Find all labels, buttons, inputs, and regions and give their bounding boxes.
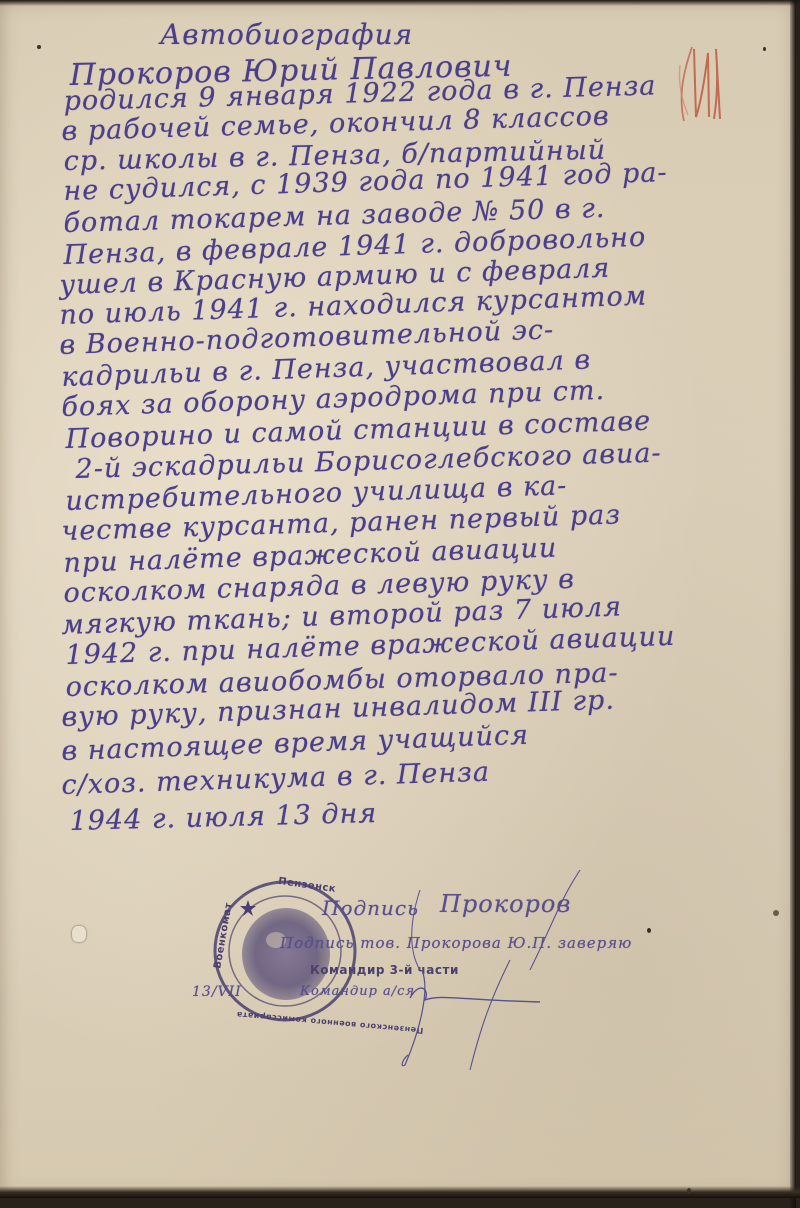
paper-speck: [37, 45, 41, 49]
certification-line-3: Командир а/ся: [300, 984, 415, 999]
document-page: Автобиография Прокоров Юрий Павловичроди…: [0, 0, 796, 1198]
paper-speck: [687, 1188, 691, 1194]
paper-speck: [763, 47, 766, 51]
page-edge-top: [0, 0, 800, 6]
paper-tear: [72, 926, 86, 942]
handwritten-line: 1944 г. июля 13 дня: [69, 798, 377, 837]
paper-speck: [647, 928, 651, 933]
paper-speck: [773, 910, 779, 916]
certification-date: 13/VII: [192, 984, 242, 1000]
page-edge-right: [790, 0, 796, 1208]
document-title: Автобиография: [160, 18, 413, 51]
author-signature-flourish-icon: [380, 860, 600, 980]
red-pencil-mark-icon: [672, 45, 732, 123]
page-edge-bottom: [0, 1186, 800, 1198]
